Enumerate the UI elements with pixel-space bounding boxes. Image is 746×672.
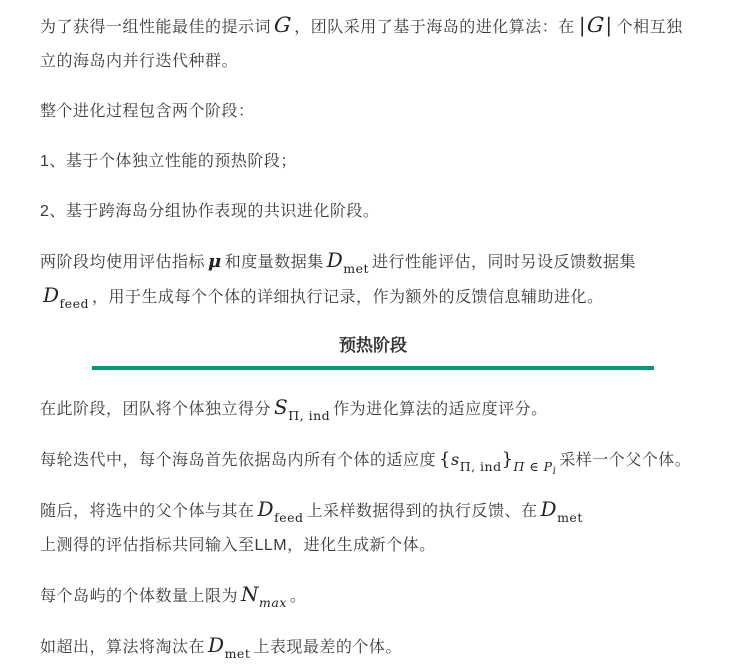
fitness-paragraph: 在此阶段，团队将个体独立得分SΠ, ind作为进化算法的适应度评分。 [40,392,706,427]
math-part: D [258,499,275,519]
llm-evolution-paragraph: 随后，将选中的父个体与其在Dfeed上采样数据得到的执行反馈、在Dmet上测得的… [40,494,706,563]
two-stages-paragraph: 整个进化过程包含两个阶段： [40,95,706,129]
math-formula: SΠ, ind [271,399,333,418]
math-part: G [273,15,292,36]
math-part: met [557,512,583,525]
math-part: met [343,263,369,276]
math-part: met [225,648,251,661]
document-body: 为了获得一组性能最佳的提示词G，团队采用了基于海岛的进化算法：在|G|个相互独立… [0,0,746,665]
teal-divider [92,366,654,370]
math-formula: Dmet [205,637,253,656]
text-run: 如超出，算法将淘汰在 [40,639,205,656]
text-run: 。 [290,588,307,605]
math-part: i [553,467,557,477]
math-formula: Dfeed [255,501,307,520]
text-run: 个相互独 [617,19,683,36]
math-part: D [43,285,60,305]
math-part: μ [208,253,222,271]
math-formula: μ [205,252,225,271]
text-run: ，用于生成每个个体的详细执行记录，作为额外的反馈信息辅助进化。 [92,289,604,306]
text-run: ，团队采用了基于海岛的进化算法：在 [294,19,575,36]
math-part: s [451,452,460,468]
text-run: 每个岛屿的个体数量上限为 [40,588,238,605]
text-run: 上采样数据得到的执行反馈、在 [307,503,538,520]
text-run: 随后，将选中的父个体与其在 [40,503,255,520]
text-run: 上测得的评估指标共同输入至LLM，进化生成新个体。 [40,537,436,554]
text-run: 在此阶段，团队将个体独立得分 [40,401,271,418]
math-part: | [604,15,613,35]
math-formula: |G| [575,17,617,36]
math-part: Π, ind [460,461,502,474]
sampling-paragraph: 每轮迭代中，每个海岛首先依据岛内所有个体的适应度{sΠ, ind}Π ∈ Pi采… [40,443,706,478]
math-formula: {sΠ, ind}Π ∈ Pi [436,450,559,469]
stage-2-item: 2、基于跨海岛分组协作表现的共识进化阶段。 [40,195,706,229]
math-part: S [274,397,288,417]
math-part: D [327,250,344,270]
text-run: 两阶段均使用评估指标 [40,254,205,271]
metrics-paragraph: 两阶段均使用评估指标μ和度量数据集Dmet进行性能评估，同时另设反馈数据集Dfe… [40,245,706,315]
intro-paragraph: 为了获得一组性能最佳的提示词G，团队采用了基于海岛的进化算法：在|G|个相互独立… [40,10,706,79]
elimination-paragraph: 如超出，算法将淘汰在Dmet上表现最差的个体。 [40,630,706,665]
text-run: 1、基于个体独立性能的预热阶段； [40,153,297,170]
max-individuals-paragraph: 每个岛屿的个体数量上限为Nmax。 [40,579,706,614]
stage-1-item: 1、基于个体独立性能的预热阶段； [40,145,706,179]
text-run: 每轮迭代中，每个海岛首先依据岛内所有个体的适应度 [40,452,436,469]
math-part: feed [60,298,89,311]
math-part: } [502,451,514,469]
math-formula: Nmax [238,586,290,605]
text-run: 立的海岛内并行迭代种群。 [40,53,238,70]
text-run: 采样一个父个体。 [559,452,691,469]
warmup-stage-heading: 预热阶段 [40,331,706,356]
math-part: max [259,597,287,610]
math-part: feed [274,512,303,525]
text-run: 进行性能评估，同时另设反馈数据集 [372,254,636,271]
text-run: 和度量数据集 [225,254,324,271]
math-part: G [586,15,605,36]
text-run: 作为进化算法的适应度评分。 [333,401,548,418]
math-formula: Dmet [538,501,586,520]
text-run: 上表现最差的个体。 [253,639,402,656]
math-part: D [208,635,225,655]
text-run: 为了获得一组性能最佳的提示词 [40,19,271,36]
math-part: Π ∈ P [514,461,553,474]
math-formula: G [271,17,294,36]
math-part: Π, ind [288,410,330,423]
text-run: 2、基于跨海岛分组协作表现的共识进化阶段。 [40,203,379,220]
math-part: { [439,451,451,469]
math-formula: Dmet [324,252,372,271]
text-run: 整个进化过程包含两个阶段： [40,103,255,120]
math-formula: Dfeed [40,287,92,306]
math-part: N [241,584,259,604]
math-part: D [541,499,558,519]
